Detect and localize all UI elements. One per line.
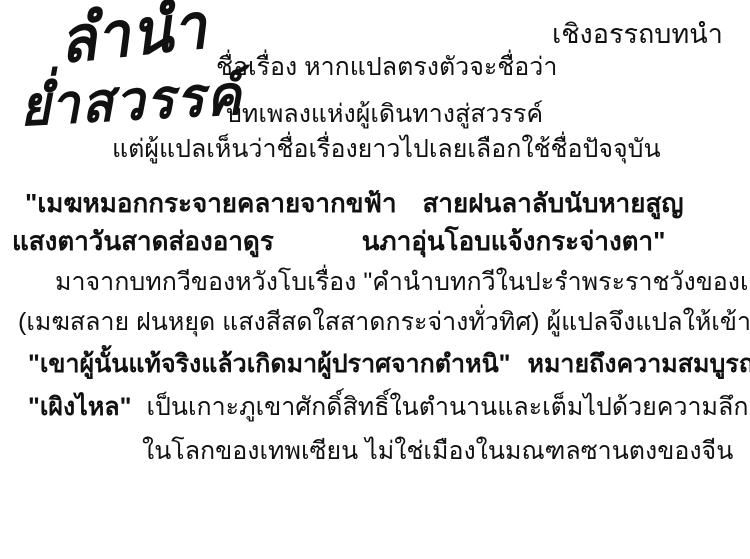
annotation-penglai-meaning: เป็นเกาะภูเขาศักดิ์สิทธิ์ในตำนานและเต็มไ… — [146, 393, 750, 421]
poem-line2: แสงตาวันสาดส่องอาดูร นภาอุ่นโอบแจ้งกระจ่… — [12, 225, 665, 258]
annotation-penglai-meaning-line2: ในโลกของเทพเซียน ไม่ใช่เมืองในมณฑลซานตงข… — [142, 436, 733, 467]
annotation-poem-source: มาจากบทกวีของหวังโบเรื่อง "คำนำบทกวีในปะ… — [55, 267, 750, 298]
poem-line1-first-hemistich: "เมฆหมอกกระจายคลายจากขฟ้า — [25, 187, 397, 220]
annotation-penglai-quote: "เผิงไหล" — [28, 393, 131, 421]
annotation-flawless-quote: "เขาผู้นั้นแท้จริงแล้วเกิดมาผู้ปราศจากตำ… — [28, 350, 511, 378]
poem-line1: "เมฆหมอกกระจายคลายจากขฟ้า สายฝนลาลับนับห… — [25, 187, 684, 220]
translator-footnote-page: ลำนำ ย่ำสวรรค์ เชิงอรรถบทนำ ชื่อเรื่อง ห… — [0, 0, 750, 559]
annotation-flawless: "เขาผู้นั้นแท้จริงแล้วเกิดมาผู้ปราศจากตำ… — [28, 349, 750, 380]
intro-note-line1: ชื่อเรื่อง หากแปลตรงตัวจะชื่อว่า — [216, 52, 557, 83]
footnote-header: เชิงอรรถบทนำ — [552, 18, 723, 52]
poem-line2-first-hemistich: แสงตาวันสาดส่องอาดูร — [12, 225, 274, 258]
poem-line2-second-hemistich: นภาอุ่นโอบแจ้งกระจ่างตา" — [362, 225, 666, 258]
poem-line1-second-hemistich: สายฝนลาลับนับหายสูญ — [423, 187, 684, 220]
annotation-flawless-meaning: หมายถึงความสมบูรณ์แบบ ไม่มีตำหนิ — [527, 350, 750, 378]
title-calligraphy-line2: ย่ำสวรรค์ — [18, 62, 245, 142]
intro-note-line3: แต่ผู้แปลเห็นว่าชื่อเรื่องยาวไปเลยเลือกใ… — [112, 134, 661, 165]
intro-note-line2-literal-title: บทเพลงแห่งผู้เดินทางสู่สวรรค์ — [226, 99, 543, 130]
annotation-poem-paraphrase: (เมฆสลาย ฝนหยุด แสงสีสดใสสาดกระจ่างทั่วท… — [18, 307, 750, 338]
annotation-penglai: "เผิงไหล" เป็นเกาะภูเขาศักดิ์สิทธิ์ในตำน… — [28, 392, 750, 423]
